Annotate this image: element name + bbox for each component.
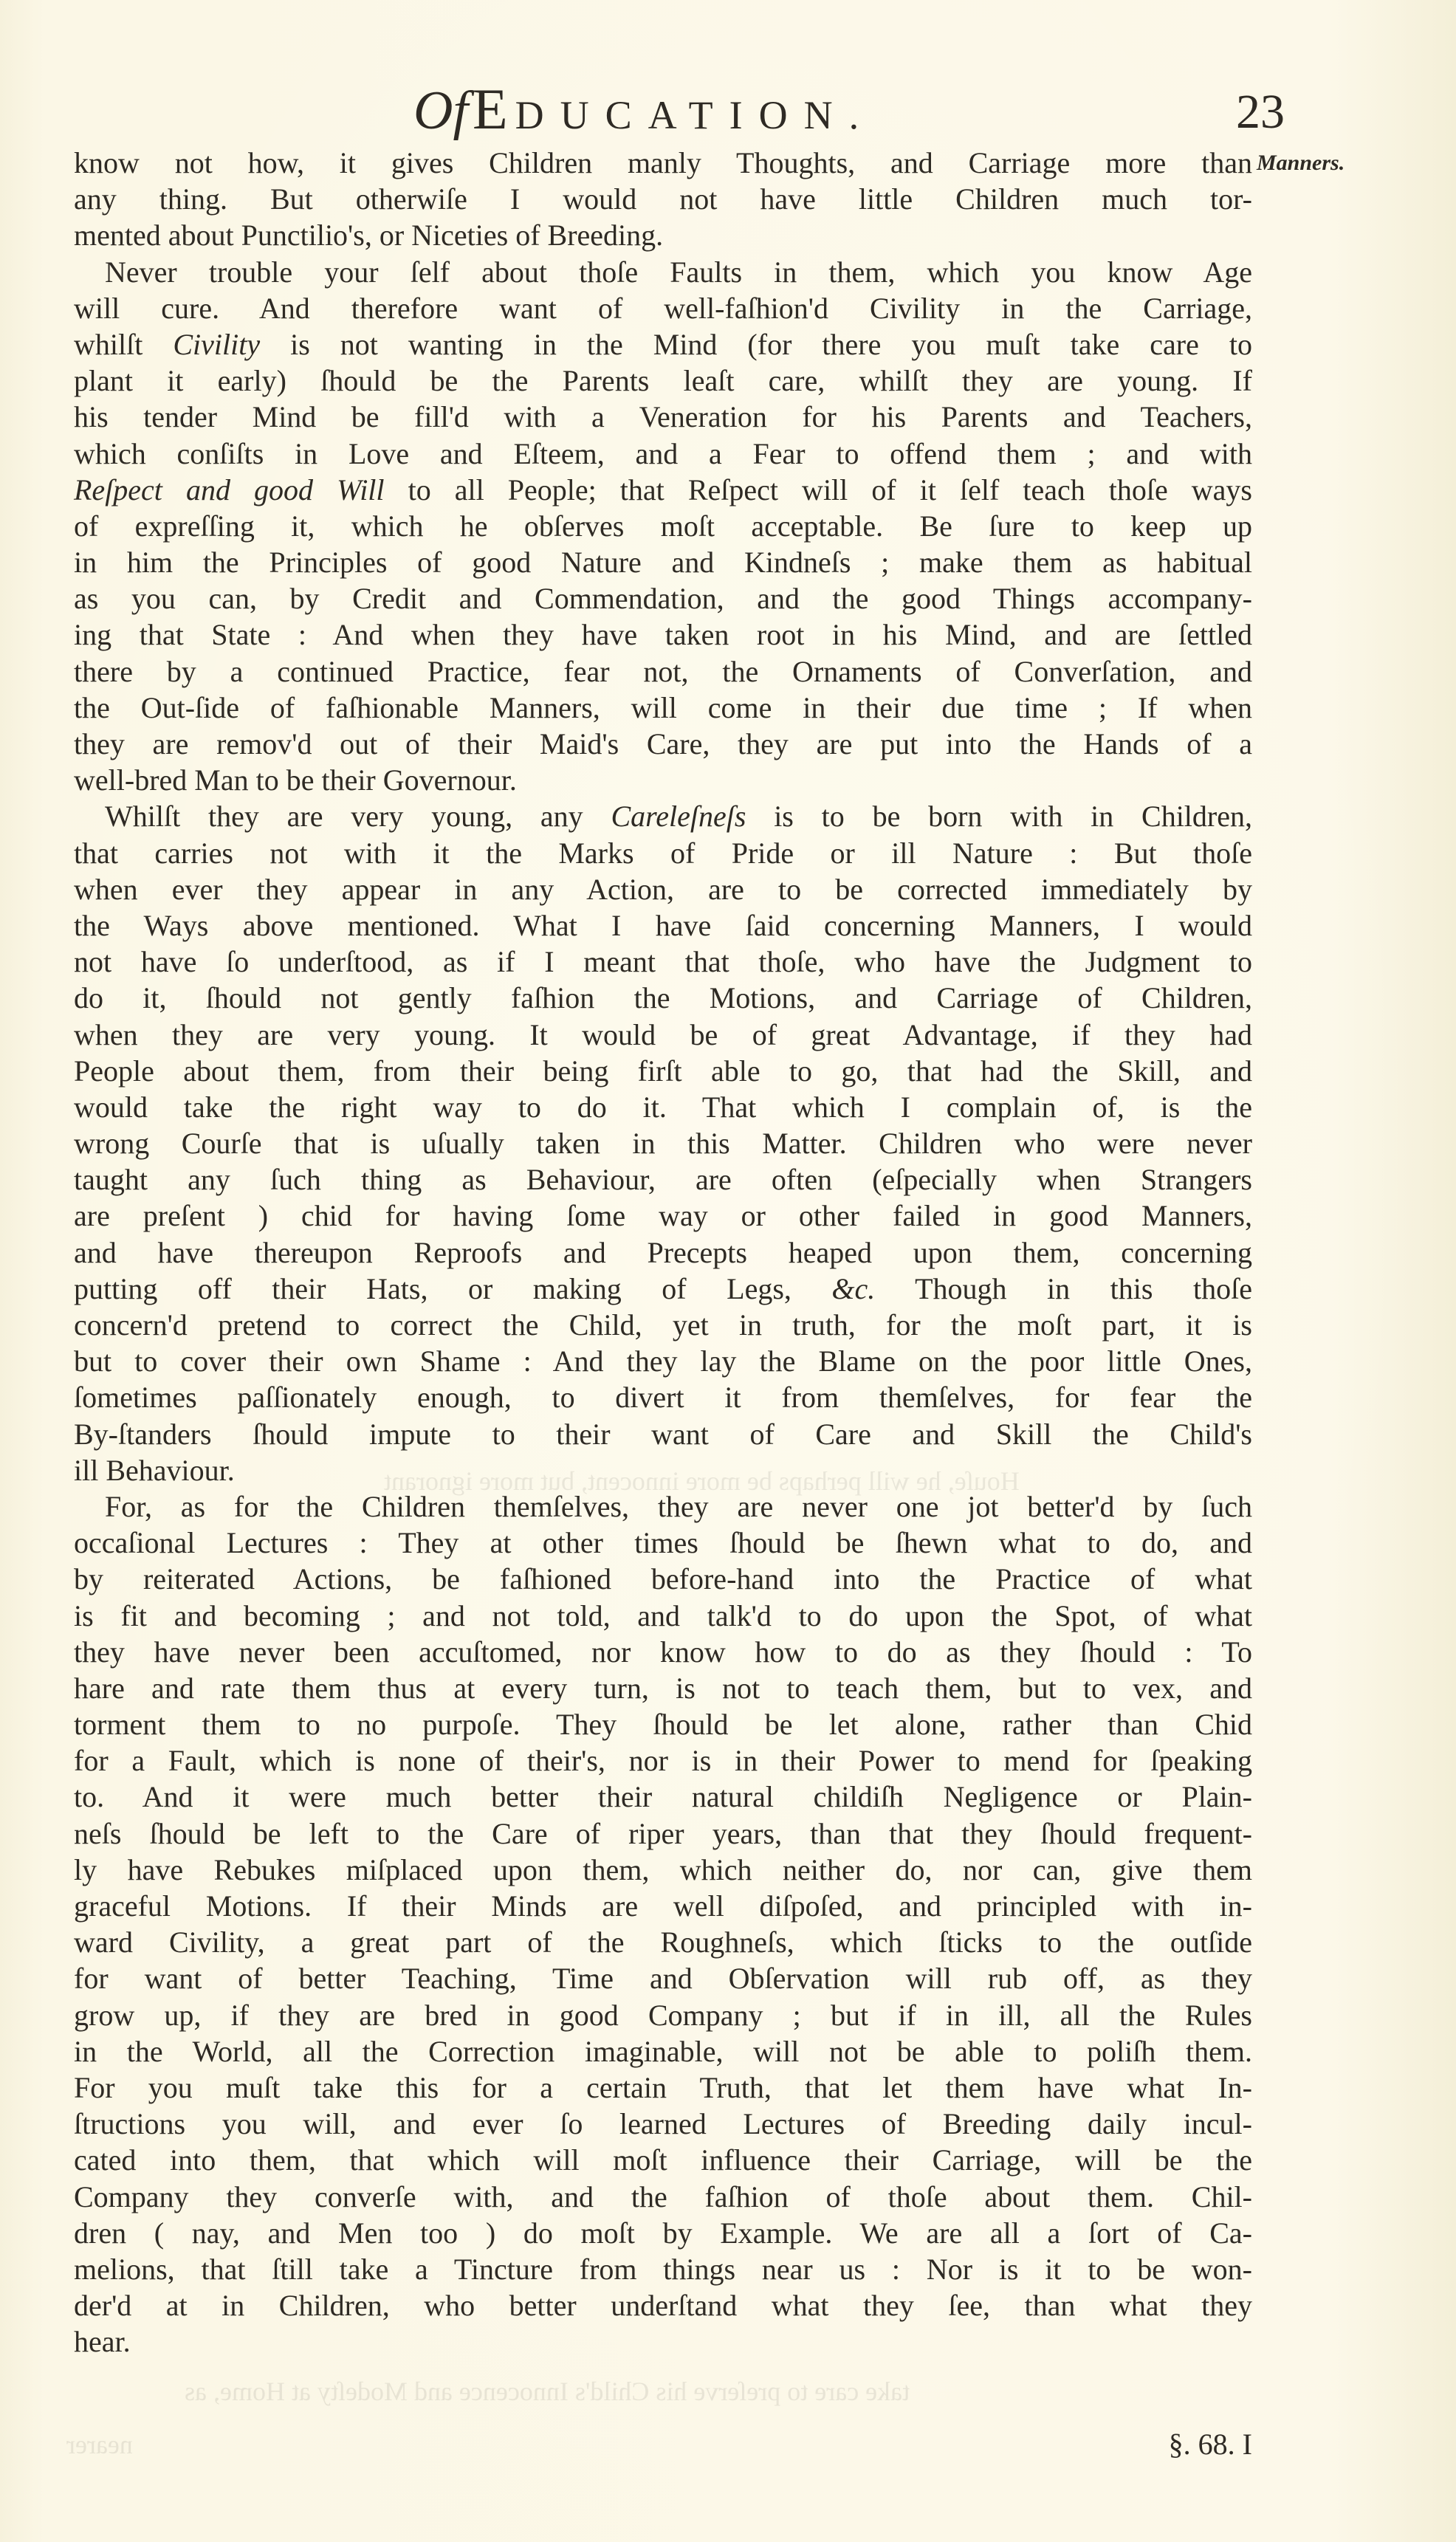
text-line: there by a continued Practice, fear not,… <box>74 653 1252 690</box>
text-line-content: For you muſt take this for a certain Tru… <box>74 2069 1252 2106</box>
text-line-content: and have thereupon Reproofs and Precepts… <box>74 1234 1252 1271</box>
text-line: will cure. And therefore want of well-fa… <box>74 290 1252 326</box>
book-page: OfEDUCATION. 23 Manners. know not how, i… <box>0 0 1456 2542</box>
text-line-content: ſometimes paſſionately enough, to divert… <box>74 1379 1252 1415</box>
text-line: and have thereupon Reproofs and Precepts… <box>74 1234 1252 1271</box>
show-through-text: take care to preſerve his Child's Innoce… <box>185 2376 910 2407</box>
text-line-content: not have ſo underſtood, as if I meant th… <box>74 944 1252 980</box>
text-line-content: By-ſtanders ſhould impute to their want … <box>74 1416 1252 1452</box>
text-line: ſtructions you will, and ever ſo learned… <box>74 2106 1252 2142</box>
text-span: Though in this thoſe <box>875 1272 1252 1305</box>
text-line-content: concern'd pretend to correct the Child, … <box>74 1307 1252 1343</box>
text-span: to all People; that Reſpect will of it ſ… <box>385 473 1252 506</box>
text-line-content: of expreſſing it, which he obſerves moſt… <box>74 508 1252 544</box>
text-line: People about them, from their being firſ… <box>74 1053 1252 1089</box>
text-line-content: do it, ſhould not gently faſhion the Mot… <box>74 980 1252 1016</box>
text-line: ing that State : And when they have take… <box>74 616 1252 653</box>
text-line-content: taught any ſuch thing as Behaviour, are … <box>74 1161 1252 1198</box>
text-line-content: are preſent ) chid for having ſome way o… <box>74 1198 1252 1234</box>
italic-span: &c. <box>831 1272 875 1305</box>
text-line: in him the Principles of good Nature and… <box>74 544 1252 580</box>
text-line: which conſiſts in Love and Eſteem, and a… <box>74 436 1252 472</box>
text-span: Whilſt they are very young, any <box>105 800 611 833</box>
text-line-content: is fit and becoming ; and not told, and … <box>74 1598 1252 1634</box>
text-line: not have ſo underſtood, as if I meant th… <box>74 944 1252 980</box>
text-line-content: Never trouble your ſelf about thoſe Faul… <box>105 254 1252 290</box>
text-line-content: would take the right way to do it. That … <box>74 1089 1252 1125</box>
show-through-text: nearer <box>66 2429 133 2460</box>
running-head: OfEDUCATION. 23 <box>413 72 1285 154</box>
running-title-rest: DUCATION. <box>515 93 876 137</box>
text-line: plant it early) ſhould be the Parents le… <box>74 363 1252 399</box>
italic-span: Careleſneſs <box>611 800 746 833</box>
text-line-content: mented about Punctilio's, or Niceties of… <box>74 217 1252 253</box>
text-line-content: any thing. But otherwiſe I would not hav… <box>74 181 1252 217</box>
text-line-content: his tender Mind be fill'd with a Venerat… <box>74 399 1252 435</box>
text-line-content: der'd at in Children, who better underſt… <box>74 2287 1252 2323</box>
catchword: §. 68. I <box>1169 2426 1252 2462</box>
text-line-content: whilſt Civility is not wanting in the Mi… <box>74 326 1252 363</box>
text-line-content: in the World, all the Correction imagina… <box>74 2033 1252 2069</box>
text-line: ſometimes paſſionately enough, to divert… <box>74 1379 1252 1415</box>
text-line-content: they are remov'd out of their Maid's Car… <box>74 726 1252 762</box>
text-line-content: melions, that ſtill take a Tincture from… <box>74 2251 1252 2287</box>
text-line-content: the Out-ſide of faſhionable Manners, wil… <box>74 690 1252 726</box>
text-line: melions, that ſtill take a Tincture from… <box>74 2251 1252 2287</box>
text-line: any thing. But otherwiſe I would not hav… <box>74 181 1252 217</box>
text-line-content: know not how, it gives Children manly Th… <box>74 145 1252 181</box>
text-line-content: putting off their Hats, or making of Leg… <box>74 1271 1252 1307</box>
text-line-content: plant it early) ſhould be the Parents le… <box>74 363 1252 399</box>
text-line-content: to. And it were much better their natura… <box>74 1779 1252 1815</box>
text-line: By-ſtanders ſhould impute to their want … <box>74 1416 1252 1452</box>
text-line: of expreſſing it, which he obſerves moſt… <box>74 508 1252 544</box>
text-line-content: wrong Courſe that is uſually taken in th… <box>74 1125 1252 1161</box>
text-line: would take the right way to do it. That … <box>74 1089 1252 1125</box>
text-line: taught any ſuch thing as Behaviour, are … <box>74 1161 1252 1198</box>
text-span: whilſt <box>74 328 173 361</box>
text-line: torment them to no purpoſe. They ſhould … <box>74 1706 1252 1742</box>
text-line: Company they converſe with, and the faſh… <box>74 2179 1252 2215</box>
text-line-content: neſs ſhould be left to the Care of riper… <box>74 1816 1252 1852</box>
text-line-content: dren ( nay, and Men too ) do moſt by Exa… <box>74 2215 1252 2251</box>
text-line: neſs ſhould be left to the Care of riper… <box>74 1816 1252 1852</box>
text-line-content: ing that State : And when they have take… <box>74 616 1252 653</box>
running-title-prefix: Of <box>413 80 468 141</box>
text-line-content: ward Civility, a great part of the Rough… <box>74 1924 1252 1960</box>
text-line-content: torment them to no purpoſe. They ſhould … <box>74 1706 1252 1742</box>
text-line: are preſent ) chid for having ſome way o… <box>74 1198 1252 1234</box>
text-line-content: Whilſt they are very young, any Careleſn… <box>105 798 1252 834</box>
text-line-content: that carries not with it the Marks of Pr… <box>74 835 1252 871</box>
text-line: know not how, it gives Children manly Th… <box>74 145 1252 181</box>
text-line: wrong Courſe that is uſually taken in th… <box>74 1125 1252 1161</box>
text-line: Whilſt they are very young, any Careleſn… <box>74 798 1252 834</box>
text-span: is to be born with in Children, <box>746 800 1252 833</box>
text-line: his tender Mind be fill'd with a Venerat… <box>74 399 1252 435</box>
text-line-content: they have never been accuſtomed, nor kno… <box>74 1634 1252 1670</box>
text-line-content: as you can, by Credit and Commendation, … <box>74 580 1252 616</box>
text-line: concern'd pretend to correct the Child, … <box>74 1307 1252 1343</box>
text-line: mented about Punctilio's, or Niceties of… <box>74 217 1252 253</box>
text-line-content: grow up, if they are bred in good Compan… <box>74 1997 1252 2033</box>
text-line: do it, ſhould not gently faſhion the Mot… <box>74 980 1252 1016</box>
text-line: the Ways above mentioned. What I have ſa… <box>74 907 1252 944</box>
text-line-content: but to cover their own Shame : And they … <box>74 1343 1252 1379</box>
text-span: putting off their Hats, or making of Leg… <box>74 1272 831 1305</box>
text-line: hare and rate them thus at every turn, i… <box>74 1670 1252 1706</box>
text-line: for want of better Teaching, Time and Ob… <box>74 1960 1252 1996</box>
text-line: putting off their Hats, or making of Leg… <box>74 1271 1252 1307</box>
text-line: but to cover their own Shame : And they … <box>74 1343 1252 1379</box>
text-line-content: in him the Principles of good Nature and… <box>74 544 1252 580</box>
text-line: that carries not with it the Marks of Pr… <box>74 835 1252 871</box>
text-line: graceful Motions. If their Minds are wel… <box>74 1888 1252 1924</box>
show-through-text: Houſe, he will perhaps be more innocent,… <box>384 1466 1020 1497</box>
text-line: when ever they appear in any Action, are… <box>74 871 1252 907</box>
page-number: 23 <box>1236 75 1285 149</box>
text-line-content: ſtructions you will, and ever ſo learned… <box>74 2106 1252 2142</box>
text-line-content: cated into them, that which will moſt in… <box>74 2142 1252 2178</box>
text-line-content: occaſional Lectures : They at other time… <box>74 1525 1252 1561</box>
italic-span: Civility <box>173 328 260 361</box>
text-line: as you can, by Credit and Commendation, … <box>74 580 1252 616</box>
text-line-content: Reſpect and good Will to all People; tha… <box>74 472 1252 508</box>
text-line-content: there by a continued Practice, fear not,… <box>74 653 1252 690</box>
text-line-content: by reiterated Actions, be faſhioned befo… <box>74 1561 1252 1597</box>
text-line: for a Fault, which is none of their's, n… <box>74 1742 1252 1779</box>
text-line-content: ly have Rebukes miſplaced upon them, whi… <box>74 1852 1252 1888</box>
text-line: to. And it were much better their natura… <box>74 1779 1252 1815</box>
text-line: hear. <box>74 2323 1252 2360</box>
text-line: ly have Rebukes miſplaced upon them, whi… <box>74 1852 1252 1888</box>
text-line: ward Civility, a great part of the Rough… <box>74 1924 1252 1960</box>
text-line: when they are very young. It would be of… <box>74 1017 1252 1053</box>
text-line: in the World, all the Correction imagina… <box>74 2033 1252 2069</box>
text-line: der'd at in Children, who better underſt… <box>74 2287 1252 2323</box>
text-line: is fit and becoming ; and not told, and … <box>74 1598 1252 1634</box>
text-line: they have never been accuſtomed, nor kno… <box>74 1634 1252 1670</box>
text-line: cated into them, that which will moſt in… <box>74 2142 1252 2178</box>
text-span: is not wanting in the Mind (for there yo… <box>260 328 1252 361</box>
body-text: know not how, it gives Children manly Th… <box>74 145 1252 2360</box>
text-line-content: which conſiſts in Love and Eſteem, and a… <box>74 436 1252 472</box>
text-line-content: People about them, from their being firſ… <box>74 1053 1252 1089</box>
text-line: well-bred Man to be their Governour. <box>74 762 1252 798</box>
running-title: OfEDUCATION. <box>413 72 875 152</box>
text-line-content: hear. <box>74 2323 1252 2360</box>
margin-note: Manners. <box>1257 145 1345 181</box>
text-line: by reiterated Actions, be faſhioned befo… <box>74 1561 1252 1597</box>
text-line-content: hare and rate them thus at every turn, i… <box>74 1670 1252 1706</box>
text-line-content: the Ways above mentioned. What I have ſa… <box>74 907 1252 944</box>
text-line: whilſt Civility is not wanting in the Mi… <box>74 326 1252 363</box>
text-line: For you muſt take this for a certain Tru… <box>74 2069 1252 2106</box>
text-line-content: graceful Motions. If their Minds are wel… <box>74 1888 1252 1924</box>
text-line: Never trouble your ſelf about thoſe Faul… <box>74 254 1252 290</box>
text-line-content: Company they converſe with, and the faſh… <box>74 2179 1252 2215</box>
text-line: Reſpect and good Will to all People; tha… <box>74 472 1252 508</box>
text-line-content: for a Fault, which is none of their's, n… <box>74 1742 1252 1779</box>
text-line-content: when ever they appear in any Action, are… <box>74 871 1252 907</box>
text-line: the Out-ſide of faſhionable Manners, wil… <box>74 690 1252 726</box>
text-line-content: well-bred Man to be their Governour. <box>74 762 1252 798</box>
text-line: occaſional Lectures : They at other time… <box>74 1525 1252 1561</box>
text-line-content: will cure. And therefore want of well-fa… <box>74 290 1252 326</box>
text-line: grow up, if they are bred in good Compan… <box>74 1997 1252 2033</box>
text-line-content: when they are very young. It would be of… <box>74 1017 1252 1053</box>
running-title-initial: E <box>473 77 515 141</box>
text-line: dren ( nay, and Men too ) do moſt by Exa… <box>74 2215 1252 2251</box>
italic-span: Reſpect and good Will <box>74 473 385 506</box>
text-line: they are remov'd out of their Maid's Car… <box>74 726 1252 762</box>
text-line-content: for want of better Teaching, Time and Ob… <box>74 1960 1252 1996</box>
